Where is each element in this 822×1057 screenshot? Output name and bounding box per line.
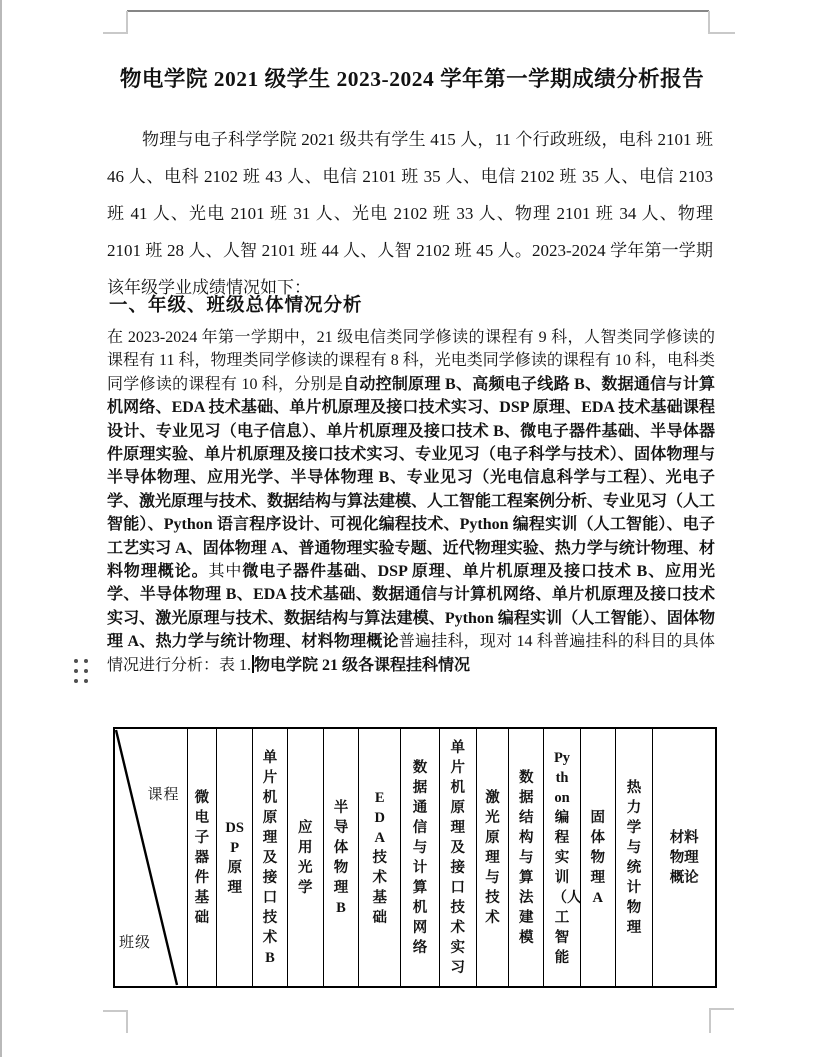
run-bold-course-list-1: 自动控制原理 B、高频电子线路 B、数据通信与计算机网络、EDA 技术基础、单片… xyxy=(107,376,715,580)
table-header-cell: 数据通信与计算机网络 xyxy=(401,729,440,986)
crop-mark-bottom-right-horizontal xyxy=(709,1008,734,1010)
crop-mark-top-right-vertical xyxy=(708,11,710,34)
table-header-cell: 材料物理概论 xyxy=(653,729,715,986)
crop-mark-top-left-vertical xyxy=(126,11,128,34)
grade-table: 课程 班级 微电子器件基础 DSP原理 单片机原理及接口技术B 应用光学 半导体… xyxy=(113,727,717,988)
document-title: 物电学院 2021 级学生 2023-2024 学年第一学期成绩分析报告 xyxy=(110,62,714,93)
table-header-cell: 激光原理与技术 xyxy=(477,729,510,986)
analysis-paragraph: 在 2023-2024 年第一学期中，21 级电信类同学修读的课程有 9 科，人… xyxy=(107,326,715,677)
intro-paragraph: 物理与电子科学学院 2021 级共有学生 415 人，11 个行政班级，电科 2… xyxy=(107,121,713,306)
table-header-cell: 数据结构与算法建模 xyxy=(509,729,544,986)
table-corner-cell: 课程 班级 xyxy=(115,729,188,986)
section-heading: 一、年级、班级总体情况分析 xyxy=(109,291,363,317)
corner-label-course: 课程 xyxy=(148,783,180,804)
crop-mark-top-right-horizontal xyxy=(709,32,735,34)
page-top-boundary-line xyxy=(127,10,709,12)
table-header-cell: 半导体物理B xyxy=(324,729,360,986)
table-caption: 物电学院 21 级各课程挂科情况 xyxy=(254,657,470,674)
crop-mark-bottom-left-horizontal xyxy=(103,1010,128,1012)
table-header-cell: 微电子器件基础 xyxy=(188,729,218,986)
table-header-cell: Python编程实训（人工智能 xyxy=(544,729,581,986)
table-header-cell: 应用光学 xyxy=(288,729,324,986)
table-header-cell: 单片机原理及接口技术B xyxy=(253,729,288,986)
corner-label-class: 班级 xyxy=(119,931,151,952)
crop-mark-top-left-horizontal xyxy=(103,32,127,34)
crop-mark-bottom-right-vertical xyxy=(709,1008,711,1033)
document-page: { "doc": { "title": "物电学院 2021 级学生 2023-… xyxy=(0,0,822,1057)
table-header-cell: EDA技术基础 xyxy=(359,729,401,986)
table-header-cell: 固体物理A xyxy=(581,729,616,986)
run-regular-2: 其中 xyxy=(208,563,242,580)
drag-handle-icon[interactable] xyxy=(74,659,88,683)
table-header-cell: 单片机原理及接口技术实习 xyxy=(440,729,477,986)
table-header-cell: 热力学与统计物理 xyxy=(616,729,654,986)
crop-mark-bottom-left-vertical xyxy=(126,1010,128,1033)
table-header-cell: DSP原理 xyxy=(217,729,253,986)
page-left-edge xyxy=(0,0,2,1057)
